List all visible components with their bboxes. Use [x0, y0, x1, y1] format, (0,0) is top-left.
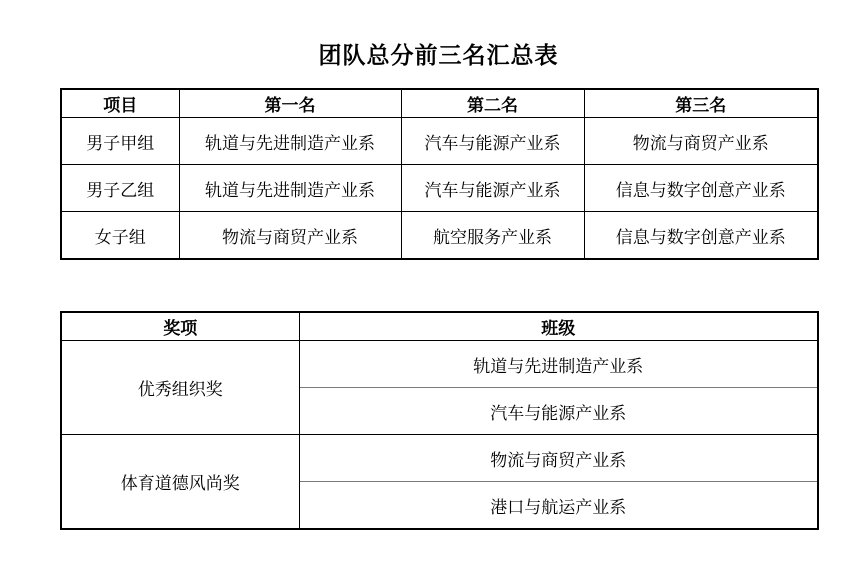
group-name-cell: 男子甲组	[61, 118, 179, 165]
third-place-cell: 信息与数字创意产业系	[584, 212, 818, 260]
ranking-header-cell-item: 项目	[61, 89, 179, 118]
third-place-cell: 信息与数字创意产业系	[584, 165, 818, 212]
award-header-row: 奖项 班级	[61, 312, 818, 341]
ranking-header-cell-second: 第二名	[401, 89, 584, 118]
ranking-table-row: 女子组 物流与商贸产业系 航空服务产业系 信息与数字创意产业系	[61, 212, 818, 260]
group-name-cell: 女子组	[61, 212, 179, 260]
ranking-table-row: 男子甲组 轨道与先进制造产业系 汽车与能源产业系 物流与商贸产业系	[61, 118, 818, 165]
first-place-cell: 轨道与先进制造产业系	[179, 118, 401, 165]
award-class-cell: 轨道与先进制造产业系	[299, 341, 818, 388]
award-name-cell: 优秀组织奖	[61, 341, 299, 435]
ranking-header-row: 项目 第一名 第二名 第三名	[61, 89, 818, 118]
award-header-cell-class: 班级	[299, 312, 818, 341]
award-class-cell: 物流与商贸产业系	[299, 435, 818, 482]
third-place-cell: 物流与商贸产业系	[584, 118, 818, 165]
first-place-cell: 物流与商贸产业系	[179, 212, 401, 260]
ranking-header-cell-first: 第一名	[179, 89, 401, 118]
award-name-cell: 体育道德风尚奖	[61, 435, 299, 530]
second-place-cell: 航空服务产业系	[401, 212, 584, 260]
award-header-cell-award: 奖项	[61, 312, 299, 341]
award-table-row: 体育道德风尚奖 物流与商贸产业系	[61, 435, 818, 482]
ranking-table: 项目 第一名 第二名 第三名 男子甲组 轨道与先进制造产业系 汽车与能源产业系 …	[60, 88, 819, 260]
ranking-table-row: 男子乙组 轨道与先进制造产业系 汽车与能源产业系 信息与数字创意产业系	[61, 165, 818, 212]
first-place-cell: 轨道与先进制造产业系	[179, 165, 401, 212]
award-table-row: 优秀组织奖 轨道与先进制造产业系	[61, 341, 818, 388]
ranking-header-cell-third: 第三名	[584, 89, 818, 118]
award-table: 奖项 班级 优秀组织奖 轨道与先进制造产业系 汽车与能源产业系 体育道德风尚奖 …	[60, 311, 819, 530]
document-page: 团队总分前三名汇总表 项目 第一名 第二名 第三名 男子甲组 轨道与先进制造产业…	[0, 0, 864, 579]
second-place-cell: 汽车与能源产业系	[401, 165, 584, 212]
document-title: 团队总分前三名汇总表	[60, 40, 817, 71]
award-class-cell: 港口与航运产业系	[299, 482, 818, 530]
group-name-cell: 男子乙组	[61, 165, 179, 212]
award-class-cell: 汽车与能源产业系	[299, 388, 818, 435]
second-place-cell: 汽车与能源产业系	[401, 118, 584, 165]
